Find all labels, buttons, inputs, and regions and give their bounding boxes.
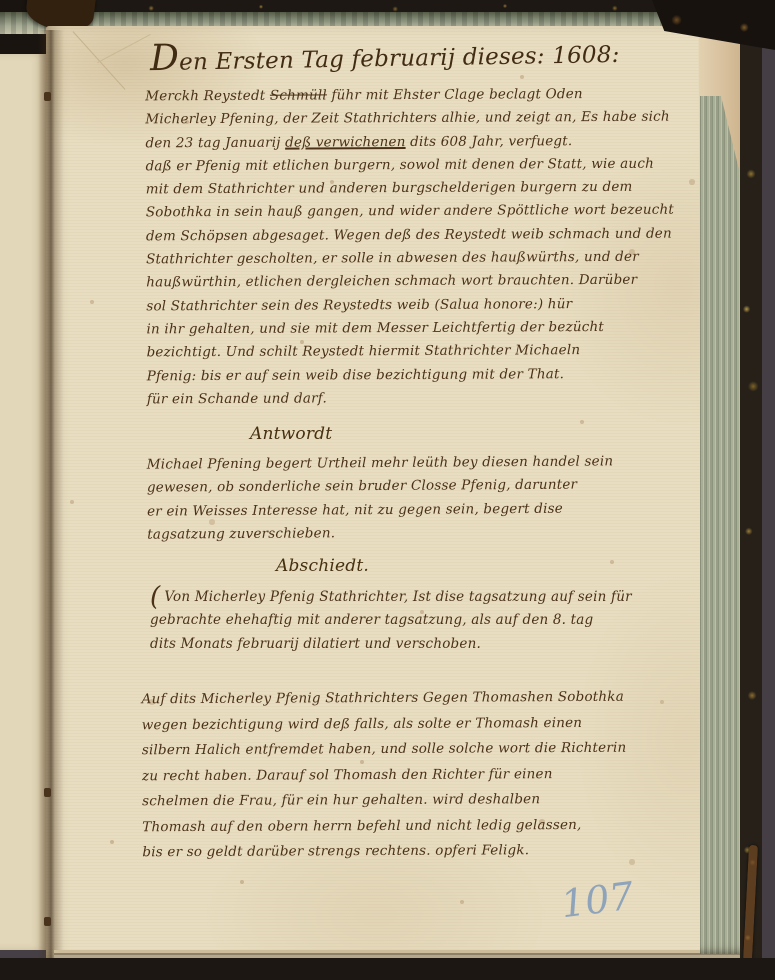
manuscript-line: tagsatzung zuverschieben. xyxy=(147,520,614,547)
section-heading-antwort: Antwordt xyxy=(250,424,332,444)
manuscript-line: er ein Weisses Interesse hat, nit zu geg… xyxy=(147,497,614,524)
manuscript-line: haußwürthin, etlichen dergleichen schmac… xyxy=(146,269,674,295)
manuscript-line: Thomash auf den obern herrn befehl und n… xyxy=(142,812,627,840)
manuscript-line: sol Stathrichter sein des Reystedts weib… xyxy=(146,292,674,318)
line-text: dits 608 Jahr, verfuegt. xyxy=(406,133,573,150)
manuscript-line: gebrachte ehehaftig mit anderer tagsatzu… xyxy=(150,609,632,632)
manuscript-line: bezichtigt. Und schilt Reystedt hiermit … xyxy=(146,339,674,365)
manuscript-line: den 23 tag Januarij deß verwichenen dits… xyxy=(145,129,673,155)
manuscript-line: Auf dits Micherley Pfenig Stathrichters … xyxy=(142,685,627,713)
paragraph-2: Michael Pfening begert Urtheil mehr leüt… xyxy=(147,450,614,546)
scan-background-bottom xyxy=(0,958,775,980)
manuscript-line: dem Schöpsen abgesaget. Wegen deß des Re… xyxy=(146,222,674,248)
manuscript-line: gewesen, ob sonderliche sein bruder Clos… xyxy=(147,474,614,501)
underlined-word: deß verwichenen xyxy=(285,134,406,151)
paragraph-4: Auf dits Micherley Pfenig Stathrichters … xyxy=(142,685,627,866)
manuscript-line: in ihr gehalten, und sie mit dem Messer … xyxy=(146,316,674,342)
manuscript-scan: Den Ersten Tag februarij dieses: 1608: M… xyxy=(0,0,775,980)
fore-edge-pages xyxy=(700,96,742,954)
manuscript-line: dits Monats februarij dilatiert und vers… xyxy=(150,633,632,656)
foxing-spots xyxy=(46,26,48,28)
manuscript-line: Michael Pfening begert Urtheil mehr leüt… xyxy=(147,450,614,477)
paragraph-flourish: ( xyxy=(150,582,160,612)
paragraph-3: (Von Micherley Pfenig Stathrichter, Ist … xyxy=(150,586,632,656)
manuscript-page: Den Ersten Tag februarij dieses: 1608: M… xyxy=(46,26,706,962)
manuscript-line: schelmen die Frau, für ein hur gehalten.… xyxy=(142,787,627,815)
manuscript-line: mit dem Stathrichter und anderen burgsch… xyxy=(146,176,674,202)
manuscript-line: daß er Pfenig mit etlichen burgern, sowo… xyxy=(146,153,674,179)
sewing-thread-mark xyxy=(44,92,51,101)
manuscript-line: silbern Halich entfremdet haben, und sol… xyxy=(142,736,627,764)
manuscript-line: Sobothka in sein hauß gangen, und wider … xyxy=(146,199,674,225)
paragraph-1: Merckh Reystedt Schmüll führ mit Ehster … xyxy=(145,83,675,412)
manuscript-line: Merckh Reystedt Schmüll führ mit Ehster … xyxy=(145,83,673,109)
paper-crease xyxy=(97,34,150,63)
line-text: den 23 tag Januarij xyxy=(145,134,285,151)
section-heading-abschied: Abschiedt. xyxy=(276,556,369,576)
sewing-thread-mark xyxy=(44,917,51,926)
manuscript-line: Stathrichter gescholten, er solle in abw… xyxy=(146,246,674,272)
manuscript-line: wegen bezichtigung wird deß falls, als s… xyxy=(142,710,627,738)
scan-background-right xyxy=(760,0,775,980)
marbled-leather-cover xyxy=(740,0,762,966)
manuscript-line: für ein Schande und darf. xyxy=(147,385,675,411)
sewing-thread-mark xyxy=(44,788,51,797)
struck-word: Schmüll xyxy=(270,87,327,103)
manuscript-line: zu recht haben. Darauf sol Thomash den R… xyxy=(142,761,627,789)
gutter-shadow xyxy=(38,30,64,958)
page-number-stamp: 107 xyxy=(559,874,636,927)
line-text: führ mit Ehster Clage beclagt Oden xyxy=(327,86,583,103)
manuscript-line: Micherley Pfening, der Zeit Stathrichter… xyxy=(145,106,673,132)
line-text: Merckh Reystedt xyxy=(145,88,270,105)
line-text: Von Micherley Pfenig Stathrichter, Ist d… xyxy=(164,589,631,605)
page-heading: Den Ersten Tag februarij dieses: 1608: xyxy=(150,30,620,79)
manuscript-line: Pfenig: bis er auf sein weib dise bezich… xyxy=(147,362,675,388)
manuscript-line: bis er so geldt darüber strengs rechtens… xyxy=(142,838,627,866)
manuscript-line: (Von Micherley Pfenig Stathrichter, Ist … xyxy=(150,586,632,609)
